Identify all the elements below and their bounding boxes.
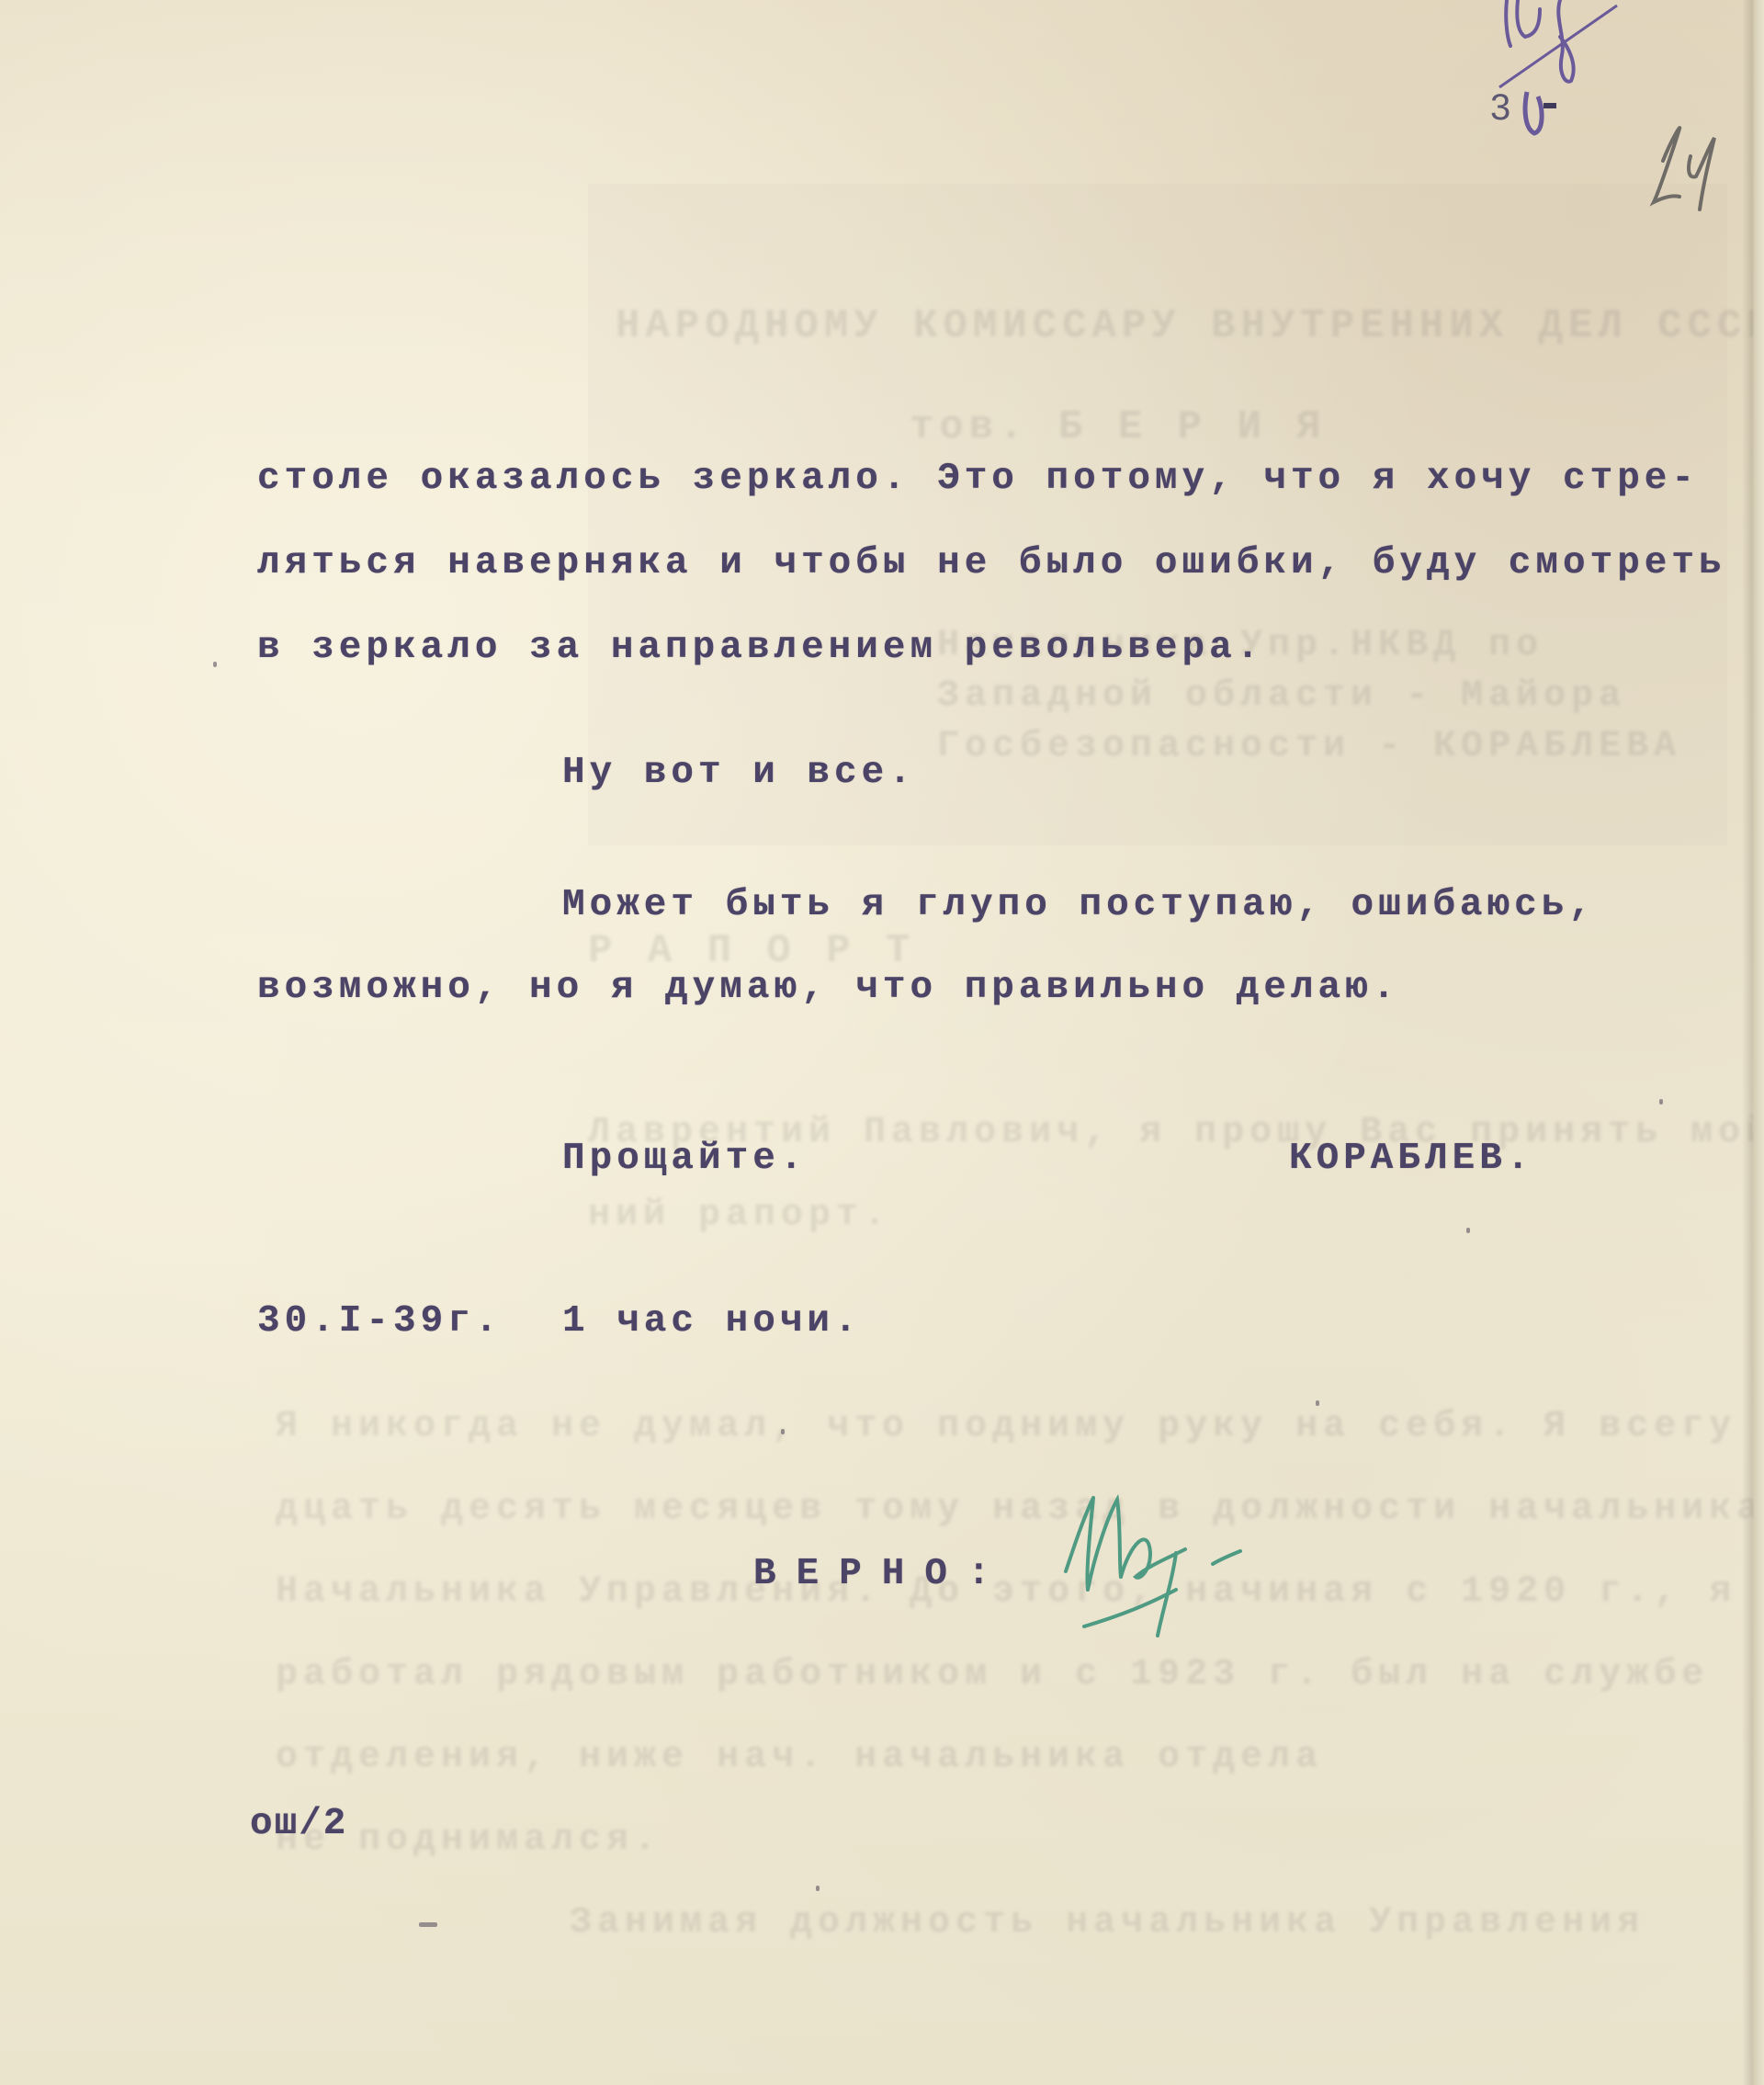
body-paragraph-2: Ну вот и все. — [562, 752, 916, 794]
time-text: 1 час ночи. — [562, 1300, 862, 1343]
paper-mark — [419, 1922, 437, 1927]
body-line-4: Может быть я глупо поступаю, ошибаюсь, — [562, 884, 1596, 926]
svg-text:3: 3 — [1490, 87, 1510, 128]
certification-label: ВЕРНО: — [753, 1553, 1011, 1595]
date-text: 30.I-39г. — [257, 1300, 502, 1343]
certification-signature — [1047, 1489, 1323, 1645]
paper-speck — [781, 1429, 785, 1434]
bleed-through-line-9: Занимая должность начальника Управления — [570, 1902, 1645, 1943]
typist-mark: ош/2 — [250, 1803, 347, 1845]
bleed-through-addressee: тов. Б Е Р И Я — [910, 404, 1327, 450]
bleed-through-line-3: Я никогда не думал, что подниму руку на … — [276, 1406, 1764, 1447]
paper-speck — [1659, 1099, 1663, 1105]
body-line-3: в зеркало за направлением револьвера. — [257, 627, 1263, 669]
bleed-through-sender-2: Западной области - Майора — [937, 675, 1626, 717]
bleed-through-line-7: отделения, ниже нач. начальника отдела — [276, 1737, 1323, 1778]
farewell-text: Прощайте. — [562, 1138, 807, 1180]
paper-edge — [1742, 0, 1764, 2085]
bleed-through-line-2: ний рапорт. — [588, 1195, 891, 1236]
paper-speck — [1466, 1228, 1470, 1233]
body-line-1: столе оказалось зеркало. Это потому, что… — [257, 458, 1699, 500]
body-line-2: ляться наверняка и чтобы не было ошибки,… — [257, 542, 1726, 584]
bleed-through-sender-3: Госбезопасности - КОРАБЛЕВА — [937, 726, 1681, 767]
body-line-5: возможно, но я думаю, что правильно дела… — [257, 967, 1399, 1009]
bleed-through-line-6: работал рядовым работником и с 1923 г. б… — [276, 1654, 1709, 1695]
bleed-through-header: НАРОДНОМУ КОМИССАРУ ВНУТРЕННИХ ДЕЛ СССР — [616, 303, 1764, 349]
folio-number-annotation: 3 — [1470, 0, 1746, 221]
paper-speck — [816, 1886, 820, 1891]
paper-speck — [213, 662, 217, 667]
signature-name: КОРАБЛЕВ. — [1289, 1138, 1533, 1180]
bleed-through-line-4: дцать десять месяцев тому назад в должно… — [276, 1489, 1764, 1530]
paper-speck — [1316, 1400, 1319, 1406]
